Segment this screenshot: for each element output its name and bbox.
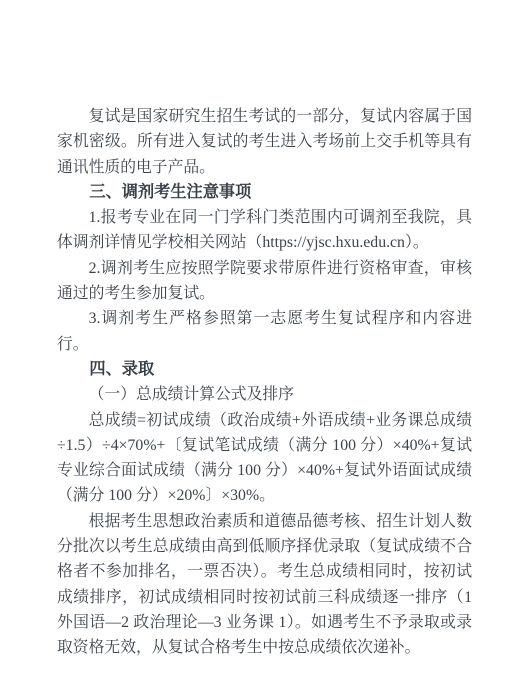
paragraph-ranking-rules: 根据考生思想政治素质和道德品德考核、招生计划人数分批次以考生总成绩由高到低顺序择…: [57, 509, 472, 661]
section-heading-4-admission: 四、录取: [57, 357, 472, 382]
document-page: 复试是国家研究生招生考试的一部分，复试内容属于国家机密级。所有进入复试的考生进入…: [0, 0, 528, 679]
section-heading-3-transfer-notice: 三、调剂考生注意事项: [57, 180, 472, 205]
paragraph-transfer-item-2: 2.调剂考生应按照学院要求带原件进行资格审查，审核通过的考生参加复试。: [57, 256, 472, 307]
paragraph-transfer-item-3: 3.调剂考生严格参照第一志愿考生复试程序和内容进行。: [57, 306, 472, 357]
paragraph-reexam-confidentiality: 复试是国家研究生招生考试的一部分，复试内容属于国家机密级。所有进入复试的考生进入…: [57, 104, 472, 180]
paragraph-transfer-item-1: 1.报考专业在同一门学科门类范围内可调剂至我院，具体调剂详情见学校相关网站（ht…: [57, 205, 472, 256]
paragraph-score-formula-title: （一）总成绩计算公式及排序: [57, 382, 472, 407]
document-body: 复试是国家研究生招生考试的一部分，复试内容属于国家机密级。所有进入复试的考生进入…: [57, 104, 472, 661]
paragraph-score-formula: 总成绩=初试成绩（政治成绩+外语成绩+业务课总成绩÷1.5）÷4×70%+〔复试…: [57, 408, 472, 509]
